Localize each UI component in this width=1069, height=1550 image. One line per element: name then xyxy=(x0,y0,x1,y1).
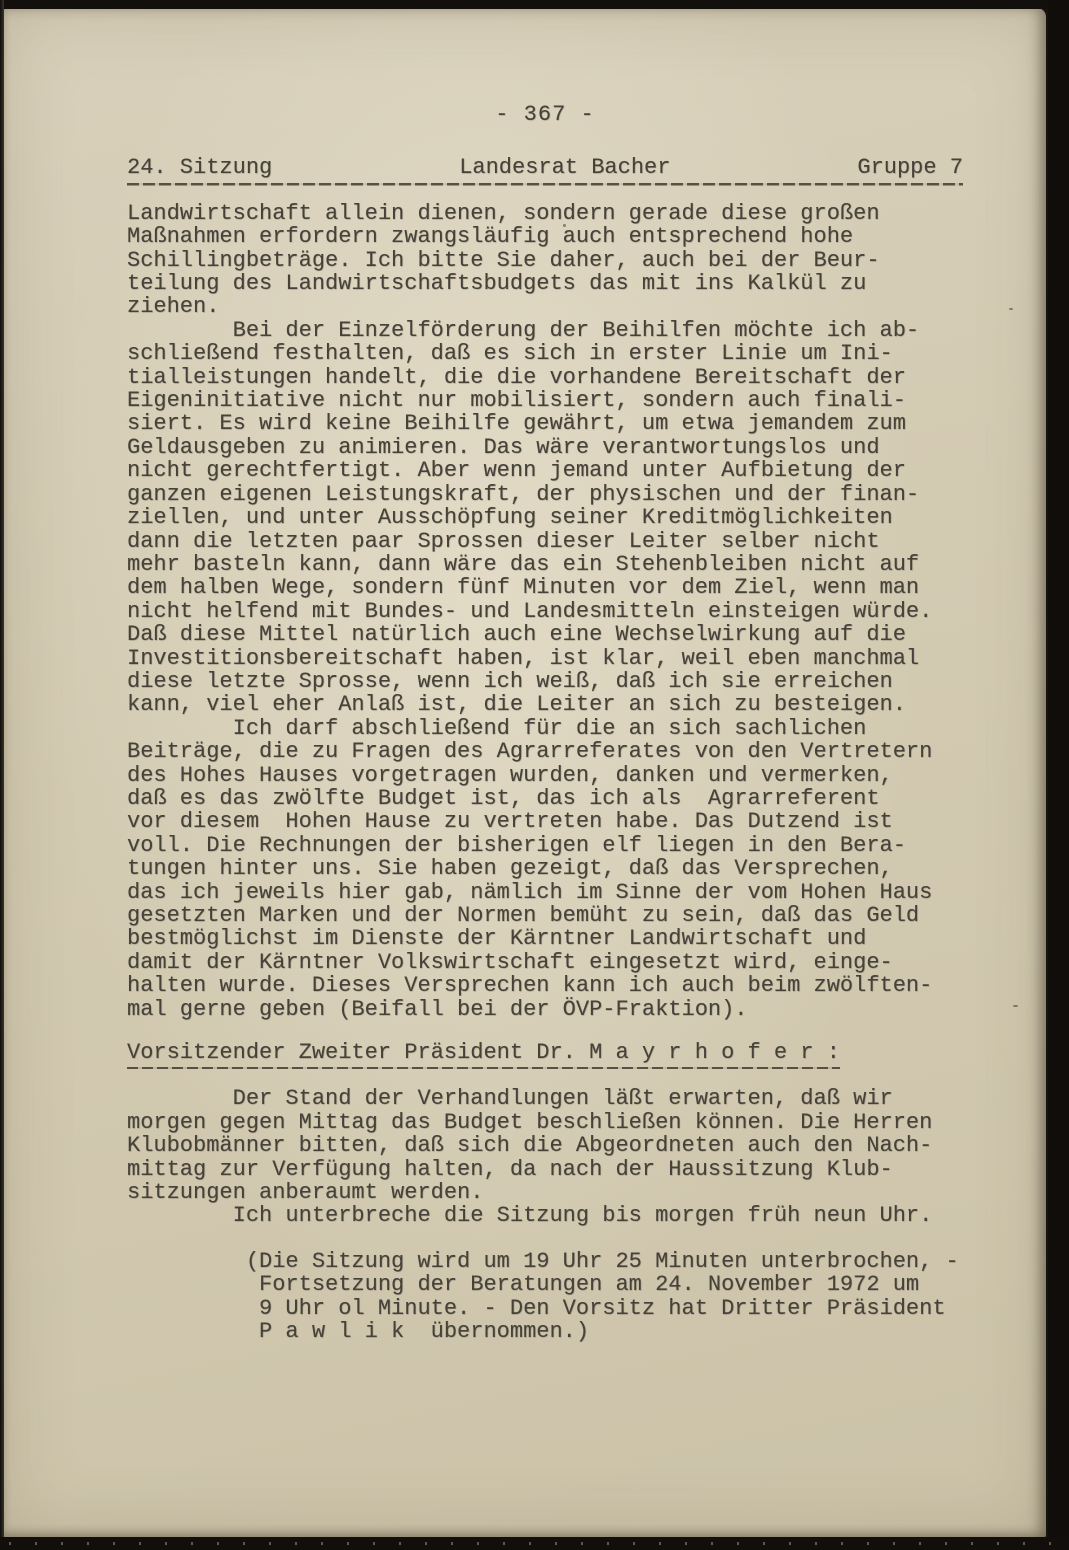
scan-edge-bottom xyxy=(0,1537,1069,1550)
header-group-label: Gruppe 7 xyxy=(857,156,963,179)
header-session-label: 24. Sitzung xyxy=(127,156,272,179)
scan-edge-right xyxy=(1048,0,1069,1550)
speaker-heading: Vorsitzender Zweiter Präsident Dr. M a y… xyxy=(127,1041,840,1069)
paper-speck xyxy=(563,224,566,227)
page-number: - 367 - xyxy=(127,103,963,126)
speech-body-text: Landwirtschaft allein dienen, sondern ge… xyxy=(127,202,963,1021)
text-column: - 367 - 24. Sitzung Landesrat Bacher Gru… xyxy=(127,103,963,1344)
scan-edge-left xyxy=(0,0,4,1550)
chair-announcement-text: Der Stand der Verhandlungen läßt erwarte… xyxy=(127,1087,963,1227)
scanned-document: - 367 - 24. Sitzung Landesrat Bacher Gru… xyxy=(0,0,1069,1550)
paper-speck xyxy=(1009,308,1013,310)
document-page: - 367 - 24. Sitzung Landesrat Bacher Gru… xyxy=(3,8,1046,1538)
paper-speck xyxy=(1013,1005,1018,1007)
scan-edge-top xyxy=(0,0,1069,9)
session-interruption-note: (Die Sitzung wird um 19 Uhr 25 Minuten u… xyxy=(127,1250,963,1344)
header-speaker-label: Landesrat Bacher xyxy=(459,156,670,179)
speaker-heading-row: Vorsitzender Zweiter Präsident Dr. M a y… xyxy=(127,1041,963,1069)
running-header: 24. Sitzung Landesrat Bacher Gruppe 7 xyxy=(127,156,963,185)
